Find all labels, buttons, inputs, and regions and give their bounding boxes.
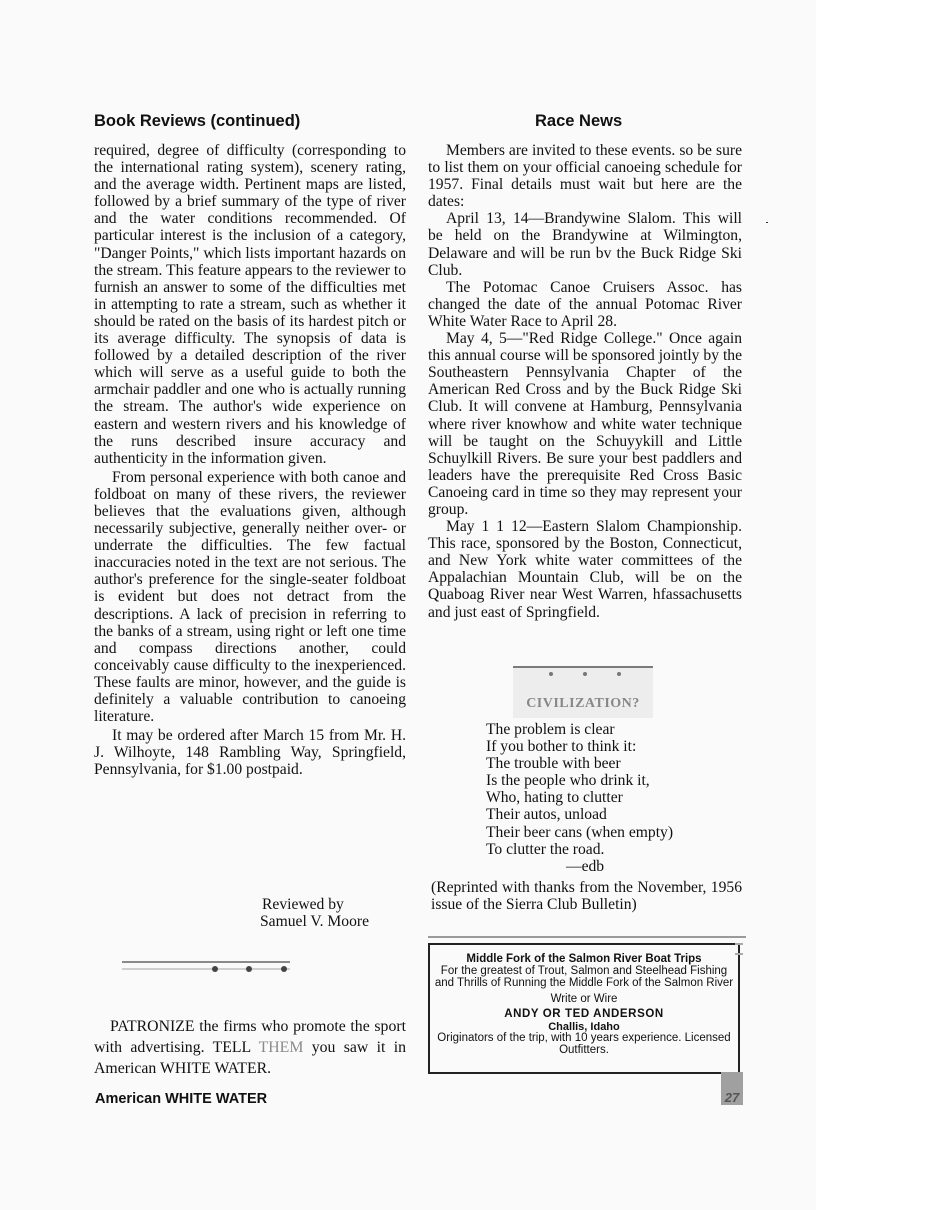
patronize-advertisers-note: PATRONIZE the firms who promote the spor… <box>94 1016 406 1079</box>
poem-line: Their beer cans (when empty) <box>486 824 673 841</box>
race-news-intro: Members are invited to these events. so … <box>428 142 742 210</box>
book-review-column: required, degree of difficulty (correspo… <box>94 142 406 778</box>
magazine-page: Book Reviews (continued) Race News requi… <box>0 0 816 1210</box>
poem-title: CIVILIZATION? <box>517 696 649 712</box>
poem-attribution: —edb <box>566 858 673 875</box>
review-signature: Reviewed by Samuel V. Moore <box>262 896 369 930</box>
poem-line: Their autos, unload <box>486 806 673 823</box>
reviewer-name: Samuel V. Moore <box>260 913 369 930</box>
poem-line: The problem is clear <box>486 721 673 738</box>
salmon-river-advertisement: Middle Fork of the Salmon River Boat Tri… <box>428 943 740 1074</box>
race-news-column: Members are invited to these events. so … <box>428 142 742 621</box>
ad-contact-prompt: Write or Wire <box>430 993 738 1006</box>
race-event-red-ridge: May 4, 5—"Red Ridge College." Once again… <box>428 330 742 518</box>
race-event-potomac: The Potomac Canoe Cruisers Assoc. has ch… <box>428 279 742 330</box>
poem-line: Is the people who drink it, <box>486 772 673 789</box>
review-paragraph: required, degree of difficulty (correspo… <box>94 142 406 467</box>
faded-word: THEM <box>259 1039 304 1056</box>
poem-line: If you bother to think it: <box>486 738 673 755</box>
poem-line: To clutter the road. <box>486 841 673 858</box>
signature-label: Reviewed by <box>262 896 369 913</box>
magazine-footer-title: American WHITE WATER <box>95 1091 267 1107</box>
review-paragraph: From personal experience with both canoe… <box>94 469 406 725</box>
poem-line: Who, hating to clutter <box>486 789 673 806</box>
race-event-brandywine: April 13, 14—Brandywine Slalom. This wil… <box>428 210 742 278</box>
ad-credentials: Originators of the trip, with 10 years e… <box>430 1033 738 1056</box>
reprint-note: (Reprinted with thanks from the November… <box>431 879 742 913</box>
book-reviews-heading: Book Reviews (continued) <box>94 112 300 131</box>
ordering-info-paragraph: It may be ordered after March 15 from Mr… <box>94 727 406 778</box>
race-event-eastern-slalom: May 1 1 12—Eastern Slalom Championship. … <box>428 518 742 621</box>
ad-top-rule <box>428 936 746 938</box>
stray-mark <box>766 222 768 223</box>
poem-title-block: CIVILIZATION? <box>513 666 653 718</box>
section-divider <box>122 961 290 973</box>
ad-body: For the greatest of Trout, Salmon and St… <box>430 966 738 989</box>
poem-line: The trouble with beer <box>486 755 673 772</box>
race-news-heading: Race News <box>535 112 622 131</box>
ad-contact-name: ANDY OR TED ANDERSON <box>430 1008 738 1021</box>
ad-corner-rules <box>735 943 743 955</box>
page-number: 27 <box>721 1072 743 1105</box>
poem: The problem is clear If you bother to th… <box>486 721 673 875</box>
